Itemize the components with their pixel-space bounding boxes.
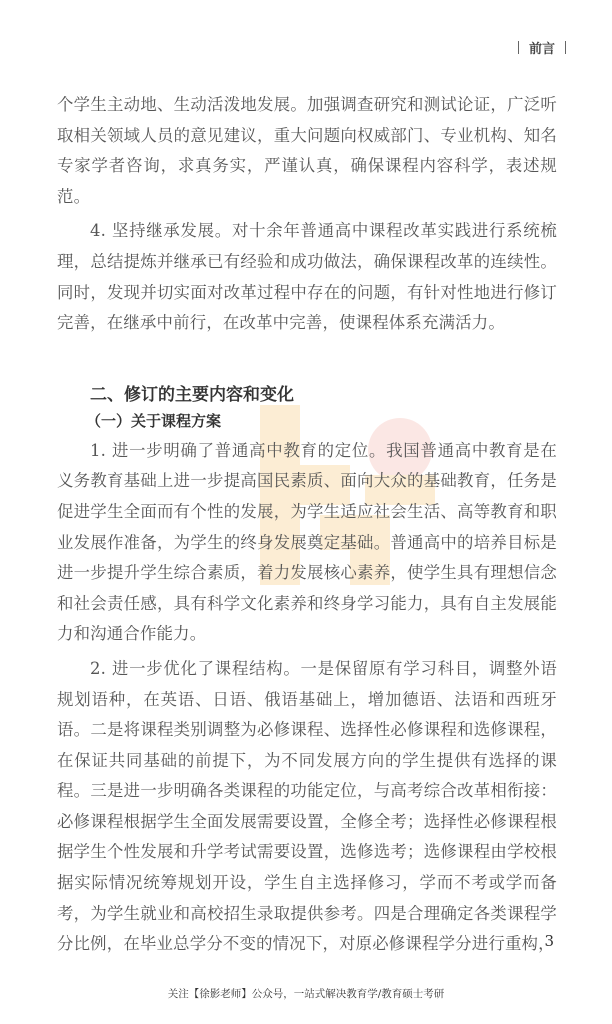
page-number: 3 bbox=[544, 932, 554, 950]
header-section-label: 前言 bbox=[529, 38, 555, 57]
section-heading: 二、修订的主要内容和变化 bbox=[57, 382, 557, 408]
header-divider-right bbox=[565, 41, 566, 54]
running-header: 前言 bbox=[518, 38, 566, 57]
paragraph-continuation: 个学生主动地、生动活泼地发展。加强调查研究和测试论证，广泛听取相关领域人员的意见… bbox=[57, 90, 557, 212]
subsection-heading: （一）关于课程方案 bbox=[57, 408, 557, 434]
paragraph-principle-4: 4. 坚持继承发展。对十余年普通高中课程改革实践进行系统梳理，总结提炼并继承已有… bbox=[57, 216, 557, 338]
header-divider-left bbox=[518, 41, 519, 54]
page-body: 个学生主动地、生动活泼地发展。加强调查研究和测试论证，广泛听取相关领域人员的意见… bbox=[57, 90, 557, 960]
paragraph-item-2: 2. 进一步优化了课程结构。一是保留原有学习科目，调整外语规划语种，在英语、日语… bbox=[57, 654, 557, 960]
paragraph-item-1: 1. 进一步明确了普通高中教育的定位。我国普通高中教育是在义务教育基础上进一步提… bbox=[57, 436, 557, 650]
footer-promo-note: 关注【徐影老师】公众号，一站式解决教育学/教育硕士考研 bbox=[0, 986, 612, 1001]
